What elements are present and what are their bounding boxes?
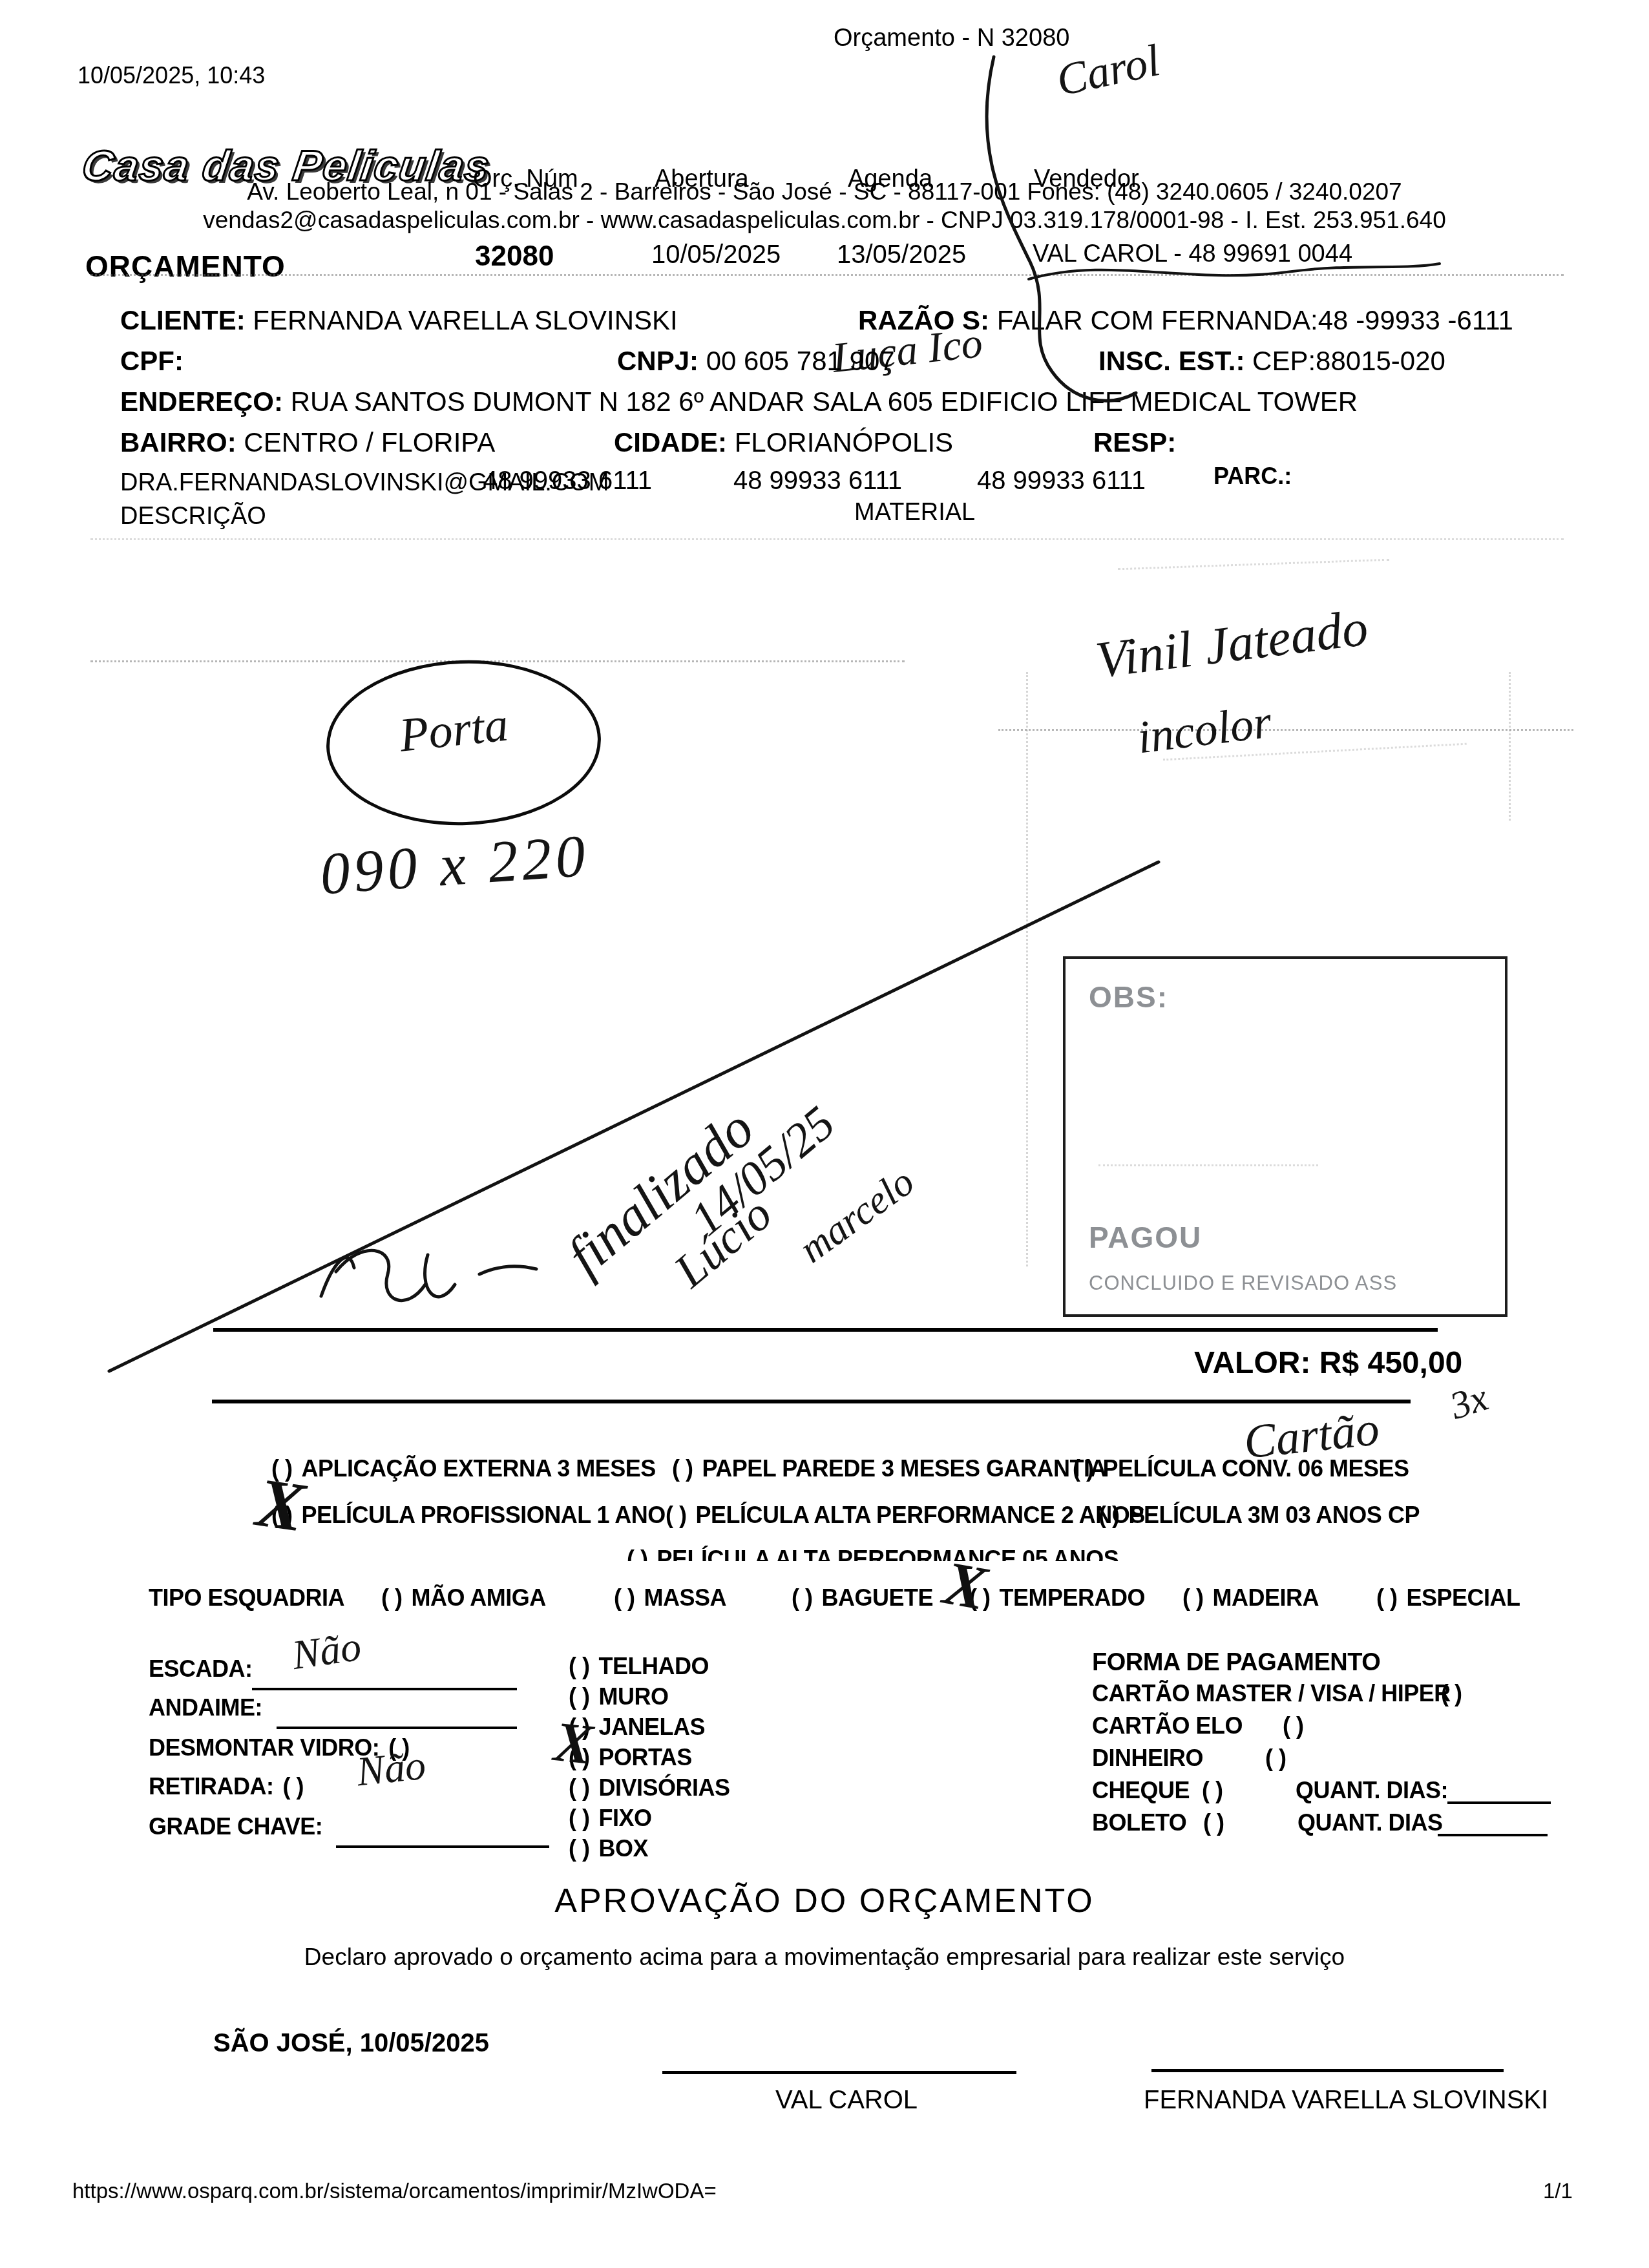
orcamento-scanned-document: 10/05/2025, 10:43 Orçamento - N 32080 Ca… bbox=[0, 0, 1649, 2268]
cnpj-row: CNPJ: 00 605 781 907 bbox=[617, 346, 895, 377]
escada-field-label: ESCADA: bbox=[149, 1655, 253, 1683]
payment-checkbox-boleto: ( ) bbox=[1203, 1809, 1224, 1836]
andaime-field-line bbox=[277, 1727, 517, 1729]
handwritten-dimensions: 090 x 220 bbox=[318, 821, 591, 908]
cpf-label: CPF: bbox=[120, 346, 184, 377]
grade-chave-field-line bbox=[336, 1845, 549, 1848]
checkbox: ( ) bbox=[1098, 1502, 1119, 1529]
checkbox: ( ) bbox=[282, 1773, 303, 1800]
payment-option-dinheiro: DINHEIRO bbox=[1092, 1745, 1203, 1772]
bairro-row: BAIRRO: CENTRO / FLORIPA bbox=[120, 427, 495, 458]
cliente-row: CLIENTE: FERNANDA VARELLA SLOVINSKI bbox=[120, 305, 678, 336]
handwritten-circled-item: Porta bbox=[397, 697, 511, 763]
payment-boleto-days-label: QUANT. DIAS bbox=[1297, 1809, 1443, 1836]
payment-title: FORMA DE PAGAMENTO bbox=[1092, 1649, 1380, 1677]
escada-field-line bbox=[252, 1688, 517, 1690]
column-dotted-divider-right bbox=[1509, 672, 1511, 821]
dashed-separator-top bbox=[90, 274, 1564, 276]
dashed-separator-body-right bbox=[998, 729, 1573, 731]
handwritten-material-line1: Vinil Jateado bbox=[1093, 599, 1371, 691]
handwritten-retirada-note: Não bbox=[354, 1741, 428, 1796]
surface-option-telhado: ( )TELHADO bbox=[569, 1653, 709, 1680]
razao-value: FALAR COM FERNANDA:48 -99933 -6111 bbox=[997, 305, 1513, 335]
valor-text: VALOR: R$ 450,00 bbox=[1194, 1345, 1462, 1381]
endereco-row: ENDEREÇO: RUA SANTOS DUMONT N 182 6º AND… bbox=[120, 386, 1358, 417]
endereco-label: ENDEREÇO: bbox=[120, 386, 283, 417]
checkbox: ( ) bbox=[1182, 1584, 1203, 1612]
approval-declaration: Declaro aprovado o orçamento acima para … bbox=[0, 1944, 1649, 1971]
checkbox: ( ) bbox=[569, 1805, 589, 1832]
esquadria-option-temperado: ( )TEMPERADO bbox=[969, 1584, 1145, 1612]
client-phone3: 48 99933 6111 bbox=[977, 467, 1146, 496]
surface-option-fixo: ( )FIXO bbox=[569, 1805, 652, 1832]
diagonal-strike-line bbox=[109, 862, 1159, 1371]
andaime-field-label: ANDAIME: bbox=[149, 1694, 262, 1721]
warranty-option-alta-performance-05-clipped: ( )PELÍCULA ALTA PERFORMANCE 05 ANOS bbox=[627, 1546, 1119, 1561]
client-phone1: 48 99933 6111 bbox=[483, 467, 652, 496]
checkbox: ( ) bbox=[666, 1502, 686, 1529]
faded-stamp-mark-top bbox=[1118, 559, 1389, 571]
orcamento-ref: Orçamento - N 32080 bbox=[834, 25, 1069, 52]
checkbox: ( ) bbox=[1203, 1809, 1224, 1836]
warranty-option-alta-performance-2: ( )PELÍCULA ALTA PERFORMANCE 2 ANOS bbox=[666, 1502, 1145, 1529]
printed-datetime: 10/05/2025, 10:43 bbox=[78, 62, 265, 89]
esquadria-option-massa: ( )MASSA bbox=[614, 1584, 726, 1612]
insc-label: INSC. EST.: bbox=[1098, 346, 1245, 376]
warranty-option-conv: ( )PELÍCULA CONV. 06 MESES bbox=[1073, 1455, 1409, 1482]
valor-rule-top bbox=[213, 1328, 1438, 1332]
checkbox: ( ) bbox=[569, 1683, 589, 1710]
handwritten-x-mark-portas: X bbox=[551, 1709, 596, 1778]
cliente-value: FERNANDA VARELLA SLOVINSKI bbox=[253, 305, 677, 335]
payment-option-cheque: CHEQUE bbox=[1092, 1777, 1190, 1804]
checkbox: ( ) bbox=[381, 1584, 402, 1612]
cidade-label: CIDADE: bbox=[614, 427, 727, 457]
signature-line-client bbox=[1151, 2069, 1504, 2072]
footer-page-number: 1/1 bbox=[1543, 2179, 1573, 2203]
grade-chave-field-label: GRADE CHAVE: bbox=[149, 1813, 322, 1840]
surface-option-box: ( )BOX bbox=[569, 1835, 648, 1862]
descricao-header: DESCRIÇÃO bbox=[120, 503, 266, 530]
checkbox: ( ) bbox=[614, 1584, 635, 1612]
cidade-value: FLORIANÓPOLIS bbox=[735, 427, 953, 457]
payment-option-boleto: BOLETO bbox=[1092, 1809, 1186, 1836]
razao-row: RAZÃO S: FALAR COM FERNANDA:48 -99933 -6… bbox=[858, 305, 1513, 336]
abertura-value: 10/05/2025 bbox=[651, 240, 781, 269]
obs-dashed-line bbox=[1098, 1164, 1318, 1166]
payment-option-cartao-master: CARTÃO MASTER / VISA / HIPER bbox=[1092, 1680, 1451, 1707]
checkbox: ( ) bbox=[1441, 1680, 1462, 1707]
obs-label: OBS: bbox=[1089, 980, 1168, 1014]
column-dotted-divider-left bbox=[1026, 672, 1028, 1266]
city-date: SÃO JOSÉ, 10/05/2025 bbox=[213, 2029, 489, 2058]
checkbox: ( ) bbox=[792, 1584, 812, 1612]
checkbox: ( ) bbox=[627, 1546, 647, 1561]
handwritten-finalizado-name2: marcelo bbox=[791, 1159, 923, 1273]
company-address-line2: vendas2@casadaspeliculas.com.br - www.ca… bbox=[0, 207, 1649, 234]
agenda-value: 13/05/2025 bbox=[837, 240, 966, 269]
payment-cheque-days-label: QUANT. DIAS: bbox=[1296, 1777, 1448, 1804]
status-stamp-text: CONCLUIDO E REVISADO ASS bbox=[1089, 1272, 1397, 1295]
bairro-value: CENTRO / FLORIPA bbox=[244, 427, 495, 457]
parc-label: PARC.: bbox=[1213, 463, 1292, 490]
checkbox: ( ) bbox=[672, 1455, 693, 1482]
valor-rule-bottom bbox=[212, 1400, 1411, 1403]
payment-cheque-days-line bbox=[1447, 1801, 1551, 1804]
payment-checkbox-cheque: ( ) bbox=[1202, 1777, 1223, 1804]
payment-boleto-days-line bbox=[1438, 1834, 1548, 1836]
signature-name-client: FERNANDA VARELLA SLOVINSKI bbox=[1144, 2086, 1548, 2115]
esquadria-option-madeira: ( )MADEIRA bbox=[1182, 1584, 1319, 1612]
warranty-option-papel-parede: ( )PAPEL PAREDE 3 MESES GARANTIA bbox=[672, 1455, 1106, 1482]
handwritten-escada-note: Não bbox=[289, 1622, 364, 1679]
bairro-label: BAIRRO: bbox=[120, 427, 236, 457]
cnpj-label: CNPJ: bbox=[617, 346, 698, 376]
checkbox: ( ) bbox=[1202, 1777, 1223, 1804]
cidade-row: CIDADE: FLORIANÓPOLIS bbox=[614, 427, 953, 458]
insc-value: CEP:88015-020 bbox=[1252, 346, 1445, 376]
tipo-esquadria-title: TIPO ESQUADRIA bbox=[149, 1584, 344, 1612]
doc-type-title: ORÇAMENTO bbox=[85, 249, 286, 284]
retirada-field: RETIRADA:( ) bbox=[149, 1773, 304, 1800]
handwritten-scribble bbox=[321, 1250, 536, 1300]
checkbox: ( ) bbox=[569, 1653, 589, 1680]
checkbox: ( ) bbox=[569, 1835, 589, 1862]
razao-label: RAZÃO S: bbox=[858, 305, 989, 335]
cliente-label: CLIENTE: bbox=[120, 305, 246, 335]
cnpj-value: 00 605 781 907 bbox=[706, 346, 895, 376]
resp-label: RESP: bbox=[1093, 427, 1176, 458]
warranty-option-profissional: ( )PELÍCULA PROFISSIONAL 1 ANO bbox=[271, 1502, 666, 1529]
payment-option-cartao-elo: CARTÃO ELO bbox=[1092, 1712, 1243, 1739]
client-phone2: 48 99933 6111 bbox=[733, 467, 902, 496]
endereco-value: RUA SANTOS DUMONT N 182 6º ANDAR SALA 60… bbox=[291, 386, 1358, 417]
signature-name-vendor: VAL CAROL bbox=[775, 2086, 918, 2115]
esquadria-option-baguete: ( )BAGUETE bbox=[792, 1584, 933, 1612]
approval-title: APROVAÇÃO DO ORÇAMENTO bbox=[0, 1882, 1649, 1920]
handwritten-x-mark-profissional: X bbox=[252, 1463, 310, 1549]
company-address-line1: Av. Leoberto Leal, n 01 - Salas 2 - Barr… bbox=[0, 178, 1649, 205]
checkbox: ( ) bbox=[1283, 1712, 1303, 1739]
handwritten-payment-note-qty: 3x bbox=[1445, 1375, 1493, 1429]
checkbox: ( ) bbox=[1073, 1455, 1093, 1482]
checkbox: ( ) bbox=[1265, 1745, 1286, 1772]
payment-checkbox-cartao-elo: ( ) bbox=[1283, 1712, 1303, 1739]
signature-line-vendor bbox=[662, 2071, 1016, 2074]
footer-url: https://www.osparq.com.br/sistema/orcame… bbox=[72, 2179, 717, 2203]
warranty-option-externa: ( )APLICAÇÃO EXTERNA 3 MESES bbox=[271, 1455, 656, 1482]
esquadria-option-mao-amiga: ( )MÃO AMIGA bbox=[381, 1584, 546, 1612]
dashed-separator-table bbox=[90, 538, 1564, 540]
esquadria-option-especial: ( )ESPECIAL bbox=[1376, 1584, 1520, 1612]
orc-num-value: 32080 bbox=[475, 240, 554, 273]
checkbox: ( ) bbox=[1376, 1584, 1397, 1612]
insc-row: INSC. EST.: CEP:88015-020 bbox=[1098, 346, 1445, 377]
pagou-label: PAGOU bbox=[1089, 1220, 1202, 1255]
material-header: MATERIAL bbox=[854, 499, 975, 527]
surface-option-divisorias: ( )DIVISÓRIAS bbox=[569, 1774, 730, 1801]
vendedor-value: VAL CAROL - 48 99691 0044 bbox=[1033, 240, 1352, 268]
payment-checkbox-dinheiro: ( ) bbox=[1265, 1745, 1286, 1772]
checkbox: ( ) bbox=[569, 1774, 589, 1801]
surface-option-muro: ( )MURO bbox=[569, 1683, 668, 1710]
payment-checkbox-cartao-master: ( ) bbox=[1441, 1680, 1462, 1707]
warranty-option-3m: ( )PELÍCULA 3M 03 ANOS CP bbox=[1098, 1502, 1420, 1529]
